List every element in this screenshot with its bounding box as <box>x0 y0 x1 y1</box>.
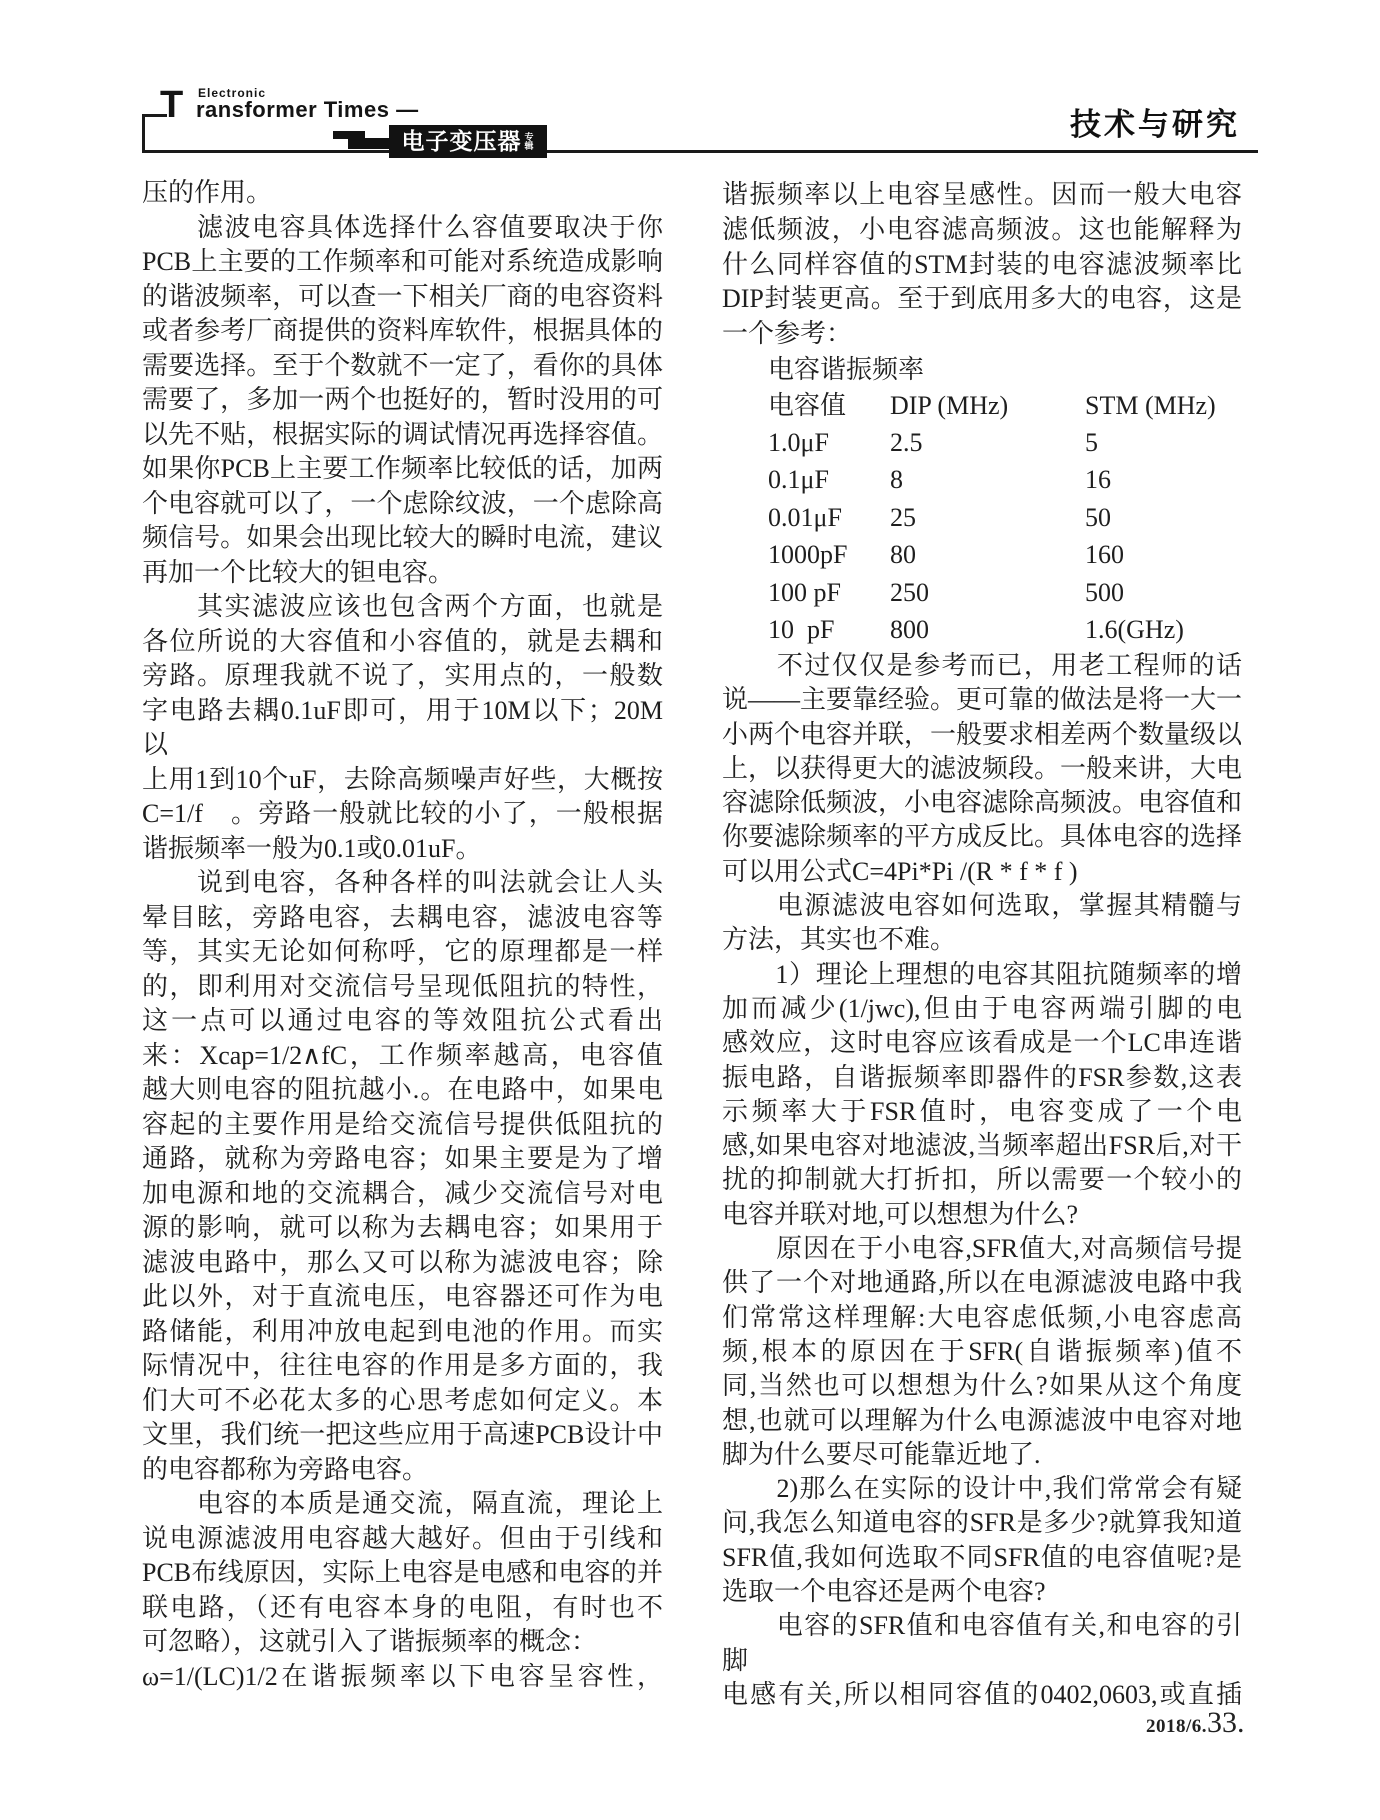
text-line: 需要选择。至于个数就不一定了，看你的具体 <box>142 349 663 384</box>
table-header-row: 电容值DIP (MHz)STM (MHz) <box>722 388 1242 424</box>
text-line: 滤低频波，小电容滤高频波。这也能解释为 <box>722 213 1242 248</box>
table-cell: 50 <box>1085 499 1242 537</box>
text-line: DIP封装更高。至于到底用多大的电容，这是 <box>722 282 1242 317</box>
right-column: 谐振频率以上电容呈感性。因而一般大电容滤低频波，小电容滤高频波。这也能解释为什么… <box>722 178 1242 1712</box>
text-line: ω=1/(LC)1/2在谐振频率以下电容呈容性， <box>142 1660 663 1695</box>
table-cell: 10 pF <box>768 611 890 649</box>
text-line: 的电容都称为旁路电容。 <box>142 1453 663 1488</box>
text-line: 说到电容，各种各样的叫法就会让人头 <box>142 866 663 901</box>
table-cell: 500 <box>1085 574 1242 612</box>
text-line: 扰的抑制就大打折扣，所以需要一个较小的 <box>722 1163 1242 1197</box>
text-line: 文里，我们统一把这些应用于高速PCB设计中 <box>142 1418 663 1453</box>
text-line: 供了一个对地通路,所以在电源滤波电路中我 <box>722 1266 1242 1300</box>
right-column-bottom: 不过仅仅是参考而已，用老工程师的话说——主要靠经验。更可靠的做法是将一大一小两个… <box>722 649 1242 1712</box>
table-cell: 8 <box>890 461 1085 499</box>
text-line: 其实滤波应该也包含两个方面，也就是 <box>142 590 663 625</box>
table-cell: 16 <box>1085 461 1242 499</box>
text-line: 容滤除低频波，小电容滤除高频波。电容值和 <box>722 786 1242 820</box>
text-line: 们大可不必花太多的心思考虑如何定义。本 <box>142 1384 663 1419</box>
header-rule <box>142 150 1258 153</box>
text-line: 联电路，（还有电容本身的电阻，有时也不 <box>142 1591 663 1626</box>
text-line: 感,如果电容对地滤波,当频率超出FSR后,对干 <box>722 1129 1242 1163</box>
text-line: 脚为什么要尽可能靠近地了. <box>722 1438 1242 1472</box>
right-column-top: 谐振频率以上电容呈感性。因而一般大电容滤低频波，小电容滤高频波。这也能解释为什么… <box>722 178 1242 352</box>
table-cell: 250 <box>890 574 1085 612</box>
table-row: 1000pF80160 <box>722 536 1242 574</box>
text-line: 可忽略），这就引入了谐振频率的概念： <box>142 1625 663 1660</box>
text-line: 晕目眩，旁路电容，去耦电容，滤波电容等 <box>142 901 663 936</box>
table-cell: STM (MHz) <box>1085 388 1242 424</box>
text-line: 说电源滤波用电容越大越好。但由于引线和 <box>142 1522 663 1557</box>
text-line: 越大则电容的阻抗越小.。在电路中，如果电 <box>142 1073 663 1108</box>
table-cell: 电容值 <box>768 388 890 424</box>
text-line: 示频率大于FSR值时，电容变成了一个电 <box>722 1095 1242 1129</box>
text-line: 谐振频率以上电容呈感性。因而一般大电容 <box>722 178 1242 213</box>
text-line: 容起的主要作用是给交流信号提供低阻抗的 <box>142 1108 663 1143</box>
table-cell: 2.5 <box>890 424 1085 462</box>
text-line: 小两个电容并联，一般要求相差两个数量级以 <box>722 718 1242 752</box>
cap-table-title: 电容谐振频率 <box>722 352 1242 388</box>
text-line: 感效应，这时电容应该看成是一个LC串连谐 <box>722 1026 1242 1060</box>
text-line: 方法，其实也不难。 <box>722 923 1242 957</box>
text-line: 一个参考： <box>722 317 1242 352</box>
text-line: 来：Xcap=1/2∧fC，工作频率越高，电容值 <box>142 1039 663 1074</box>
text-line: 路储能，利用冲放电起到电池的作用。而实 <box>142 1315 663 1350</box>
logo-big-letter: T <box>160 86 183 124</box>
magazine-badge: 电子变压器 专辑 <box>389 125 547 158</box>
table-row: 0.01μF2550 <box>722 499 1242 537</box>
text-line: 上，以获得更大的滤波频段。一般来讲，大电 <box>722 752 1242 786</box>
text-line: 加而减少(1/jwc),但由于电容两端引脚的电 <box>722 992 1242 1026</box>
table-cell: 100 pF <box>768 574 890 612</box>
text-line: 个电容就可以了，一个虑除纹波，一个虑除高 <box>142 487 663 522</box>
text-line: 滤波电容具体选择什么容值要取决于你 <box>142 211 663 246</box>
text-line: 频,根本的原因在于SFR(自谐振频率)值不 <box>722 1335 1242 1369</box>
table-cell: 25 <box>890 499 1085 537</box>
text-line: 际情况中，往往电容的作用是多方面的，我 <box>142 1349 663 1384</box>
text-line: 再加一个比较大的钽电容。 <box>142 556 663 591</box>
text-line: 这一点可以通过电容的等效阻抗公式看出 <box>142 1004 663 1039</box>
logo-word-rest: ransformer Times — <box>196 99 419 121</box>
text-line: 通路，就称为旁路电容；如果主要是为了增 <box>142 1142 663 1177</box>
text-line: 你要滤除频率的平方成反比。具体电容的选择 <box>722 820 1242 854</box>
text-line: 谐振频率一般为0.1或0.01uF。 <box>142 832 663 867</box>
table-row: 100 pF250500 <box>722 574 1242 612</box>
text-line: PCB上主要的工作频率和可能对系统造成影响 <box>142 245 663 280</box>
text-line: 的，即利用对交流信号呈现低阻抗的特性， <box>142 970 663 1005</box>
text-line: 字电路去耦0.1uF即可，用于10M以下；20M以 <box>142 694 663 763</box>
footer: 2018/6.33. <box>1146 1706 1245 1740</box>
text-line: 等，其实无论如何称呼，它的原理都是一样 <box>142 935 663 970</box>
table-cell: DIP (MHz) <box>890 388 1085 424</box>
text-line: 不过仅仅是参考而已，用老工程师的话 <box>722 649 1242 683</box>
text-line: 频信号。如果会出现比较大的瞬时电流，建议 <box>142 521 663 556</box>
page-number: 33. <box>1207 1706 1245 1740</box>
text-line: 加电源和地的交流耦合，减少交流信号对电 <box>142 1177 663 1212</box>
text-line: SFR值,我如何选取不同SFR值的电容值呢?是 <box>722 1541 1242 1575</box>
text-line: 此以外，对于直流电压，电容器还可作为电 <box>142 1280 663 1315</box>
table-cell: 160 <box>1085 536 1242 574</box>
text-line: 如果你PCB上主要工作频率比较低的话，加两 <box>142 452 663 487</box>
table-cell: 0.01μF <box>768 499 890 537</box>
text-line: 以先不贴，根据实际的调试情况再选择容值。 <box>142 418 663 453</box>
text-line: 们常常这样理解:大电容虑低频,小电容虑高 <box>722 1301 1242 1335</box>
text-line: 各位所说的大容值和小容值的，就是去耦和 <box>142 625 663 660</box>
badge-tag: 专辑 <box>525 133 535 151</box>
text-line: 滤波电路中，那么又可以称为滤波电容；除 <box>142 1246 663 1281</box>
text-line: 电容的SFR值和电容值有关,和电容的引脚 <box>722 1609 1242 1678</box>
text-line: 的谐波频率，可以查一下相关厂商的电容资料 <box>142 280 663 315</box>
header-bracket-vline <box>142 114 145 153</box>
table-cell: 0.1μF <box>768 461 890 499</box>
text-line: 振电路，自谐振频率即器件的FSR参数,这表 <box>722 1061 1242 1095</box>
text-line: 选取一个电容还是两个电容? <box>722 1575 1242 1609</box>
table-cell: 80 <box>890 536 1085 574</box>
text-line: 说——主要靠经验。更可靠的做法是将一大一 <box>722 683 1242 717</box>
badge-step-2 <box>348 138 392 149</box>
table-row: 1.0μF2.55 <box>722 424 1242 462</box>
text-line: 压的作用。 <box>142 176 663 211</box>
table-cell: 1.0μF <box>768 424 890 462</box>
text-line: 原因在于小电容,SFR值大,对高频信号提 <box>722 1232 1242 1266</box>
text-line: 电源滤波电容如何选取，掌握其精髓与 <box>722 889 1242 923</box>
text-line: 上用1到10个uF，去除高频噪声好些，大概按 <box>142 763 663 798</box>
table-cell: 1.6(GHz) <box>1085 611 1242 649</box>
text-line: C=1/f 。旁路一般就比较的小了，一般根据 <box>142 797 663 832</box>
text-line: 想,也就可以理解为什么电源滤波中电容对地 <box>722 1404 1242 1438</box>
table-row: 0.1μF816 <box>722 461 1242 499</box>
badge-label: 电子变压器 <box>402 130 522 153</box>
text-line: 需要了，多加一两个也挺好的，暂时没用的可 <box>142 383 663 418</box>
cap-resonance-table: 电容值DIP (MHz)STM (MHz)1.0μF2.550.1μF8160.… <box>722 388 1242 649</box>
table-cell: 5 <box>1085 424 1242 462</box>
text-line: 问,我怎么知道电容的SFR是多少?就算我知道 <box>722 1506 1242 1540</box>
left-column: 压的作用。 滤波电容具体选择什么容值要取决于你PCB上主要的工作频率和可能对系统… <box>142 176 663 1694</box>
text-line: 可以用公式C=4Pi*Pi /(R * f * f ) <box>722 855 1242 889</box>
text-line: 2)那么在实际的设计中,我们常常会有疑 <box>722 1472 1242 1506</box>
text-line: 电容的本质是通交流，隔直流，理论上 <box>142 1487 663 1522</box>
text-line: 源的影响，就可以称为去耦电容；如果用于 <box>142 1211 663 1246</box>
text-line: 旁路。原理我就不说了，实用点的，一般数 <box>142 659 663 694</box>
text-line: 电容并联对地,可以想想为什么? <box>722 1198 1242 1232</box>
issue-label: 2018/6. <box>1146 1716 1207 1738</box>
magazine-page: T Electronic ransformer Times — 电子变压器 专辑… <box>0 0 1380 1820</box>
text-line: 或者参考厂商提供的资料库软件，根据具体的 <box>142 314 663 349</box>
table-cell: 1000pF <box>768 536 890 574</box>
text-line: PCB布线原因，实际上电容是电感和电容的并 <box>142 1556 663 1591</box>
table-row: 10 pF8001.6(GHz) <box>722 611 1242 649</box>
text-line: 同,当然也可以想想为什么?如果从这个角度 <box>722 1369 1242 1403</box>
text-line: 什么同样容值的STM封装的电容滤波频率比 <box>722 248 1242 283</box>
text-line: 1）理论上理想的电容其阻抗随频率的增 <box>722 958 1242 992</box>
section-title: 技术与研究 <box>1070 108 1240 142</box>
table-cell: 800 <box>890 611 1085 649</box>
header-bracket-dash <box>142 114 167 117</box>
